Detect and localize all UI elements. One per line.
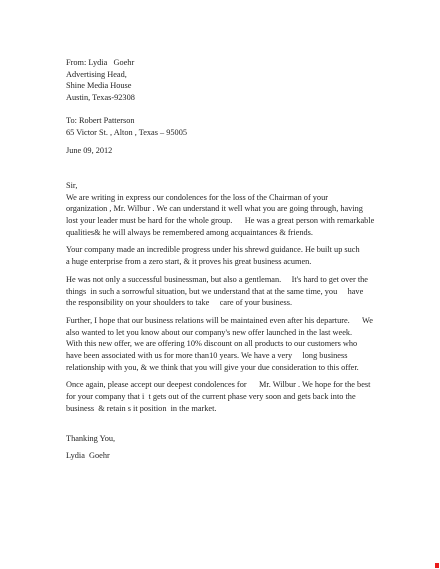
recipient-address-block: To: Robert Patterson 65 Victor St. , Alt…: [66, 115, 406, 138]
salutation: Sir,: [66, 180, 406, 192]
signature-name: Lydia Goehr: [66, 450, 406, 462]
paragraph-condolence-intro: We are writing in express our condolence…: [66, 192, 406, 239]
paragraph-closing-condolence: Once again, please accept our deepest co…: [66, 379, 406, 414]
red-corner-mark: [435, 563, 439, 568]
sender-address-block: From: Lydia Goehr Advertising Head, Shin…: [66, 57, 406, 104]
paragraph-gentleman: He was not only a successful businessman…: [66, 274, 406, 309]
paragraph-business-offer: Further, I hope that our business relati…: [66, 315, 406, 374]
letter-page: From: Lydia Goehr Advertising Head, Shin…: [0, 0, 440, 569]
letter-date: June 09, 2012: [66, 145, 406, 157]
paragraph-company-progress: Your company made an incredible progress…: [66, 244, 406, 267]
closing-phrase: Thanking You,: [66, 433, 406, 445]
